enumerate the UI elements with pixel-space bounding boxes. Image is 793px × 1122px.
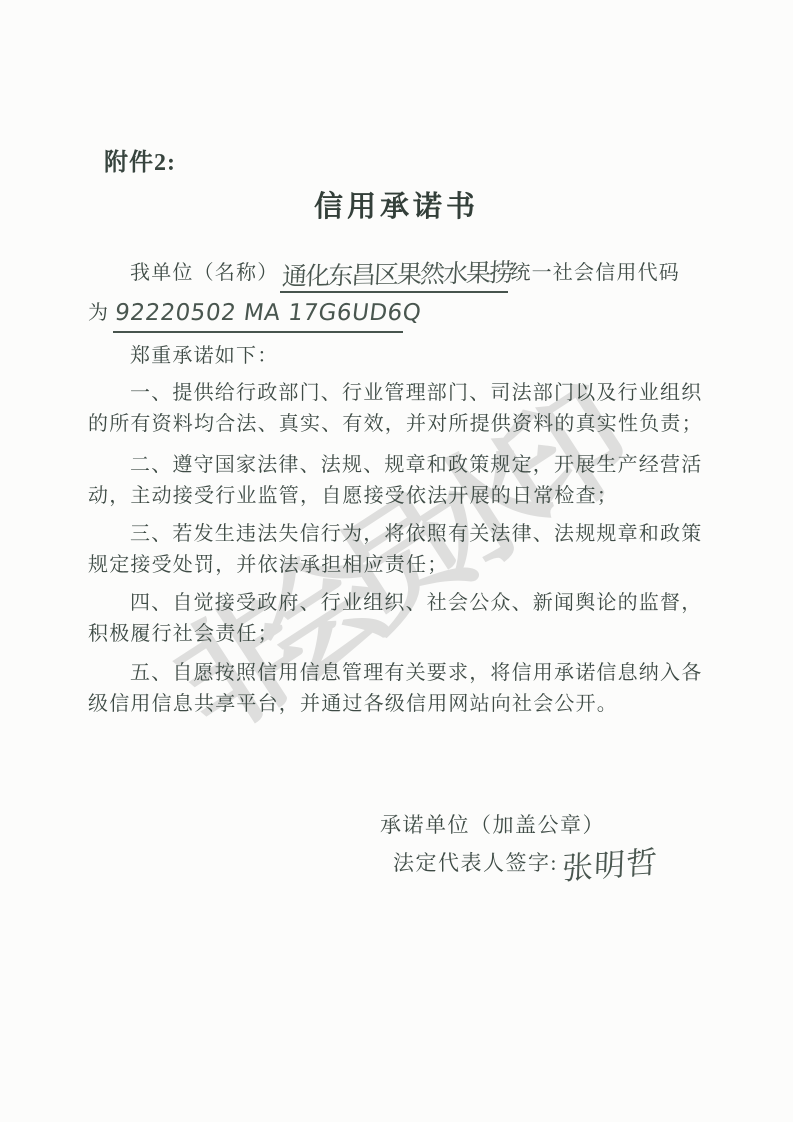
- pledge-item-line: 规定接受处罚，并依法承担相应责任；: [88, 550, 706, 581]
- intro-line-1: 我单位（名称）通化东昌区果然水果捞统一社会信用代码: [88, 253, 706, 293]
- pledge-lead-text: 郑重承诺如下：: [130, 345, 278, 367]
- company-name-underline: 通化东昌区果然水果捞: [280, 261, 508, 293]
- credit-code-handwriting: 92220502 MA 17G6UD6Q: [113, 293, 424, 333]
- signature-rep-label: 法定代表人签字:: [393, 851, 558, 875]
- pledge-item-line: 级信用信息共享平台，并通过各级信用网站向社会公开。: [88, 689, 706, 720]
- pledge-item-4: 四、自觉接受政府、行业组织、社会公众、新闻舆论的监督， 积极履行社会责任；: [88, 588, 706, 650]
- pledge-item-1: 一、提供给行政部门、行业管理部门、司法部门以及行业组织 的所有资料均合法、真实、…: [88, 378, 706, 440]
- pledge-item-line: 积极履行社会责任；: [88, 619, 706, 650]
- attachment-label: 附件2:: [104, 142, 176, 177]
- pledge-item-line: 的所有资料均合法、真实、有效，并对所提供资料的真实性负责；: [88, 409, 706, 440]
- document-content: 附件2: 信用承诺书 我单位（名称）通化东昌区果然水果捞统一社会信用代码 为92…: [0, 0, 793, 1122]
- pledge-item-2: 二、遵守国家法律、法规、规章和政策规定，开展生产经营活 动，主动接受行业监管，自…: [88, 450, 706, 512]
- credit-code-underline: 92220502 MA 17G6UD6Q: [113, 301, 403, 333]
- pledge-item-line: 二、遵守国家法律、法规、规章和政策规定，开展生产经营活: [88, 450, 706, 481]
- page-title: 信用承诺书: [0, 184, 793, 225]
- intro-line2-prefix: 为: [88, 302, 109, 324]
- pledge-item-3: 三、若发生违法失信行为，将依照有关法律、法规规章和政策 规定接受处罚，并依法承担…: [88, 519, 706, 581]
- intro-paragraph: 我单位（名称）通化东昌区果然水果捞统一社会信用代码 为92220502 MA 1…: [88, 253, 706, 333]
- intro-line-2: 为92220502 MA 17G6UD6Q: [88, 293, 706, 333]
- legal-representative-signature: 张明哲: [561, 848, 658, 885]
- pledge-item-line: 三、若发生违法失信行为，将依照有关法律、法规规章和政策: [88, 519, 706, 550]
- pledge-item-line: 四、自觉接受政府、行业组织、社会公众、新闻舆论的监督，: [88, 588, 706, 619]
- pledge-item-line: 动，主动接受行业监管，自愿接受依法开展的日常检查；: [88, 481, 706, 512]
- intro-suffix: 统一社会信用代码: [510, 262, 680, 284]
- signature-unit-label: 承诺单位（加盖公章）: [380, 810, 605, 840]
- pledge-item-line: 一、提供给行政部门、行业管理部门、司法部门以及行业组织: [88, 378, 706, 409]
- company-name-handwriting: 通化东昌区果然水果捞: [281, 253, 513, 297]
- document-page: 非会员水印 附件2: 信用承诺书 我单位（名称）通化东昌区果然水果捞统一社会信用…: [0, 0, 793, 1122]
- pledge-item-5: 五、自愿按照信用信息管理有关要求，将信用承诺信息纳入各 级信用信息共享平台，并通…: [88, 658, 706, 720]
- signature-rep-line: 法定代表人签字:张明哲: [393, 848, 658, 881]
- pledge-item-line: 五、自愿按照信用信息管理有关要求，将信用承诺信息纳入各: [88, 658, 706, 689]
- intro-prefix: 我单位（名称）: [130, 262, 278, 284]
- pledge-lead: 郑重承诺如下：: [88, 341, 706, 371]
